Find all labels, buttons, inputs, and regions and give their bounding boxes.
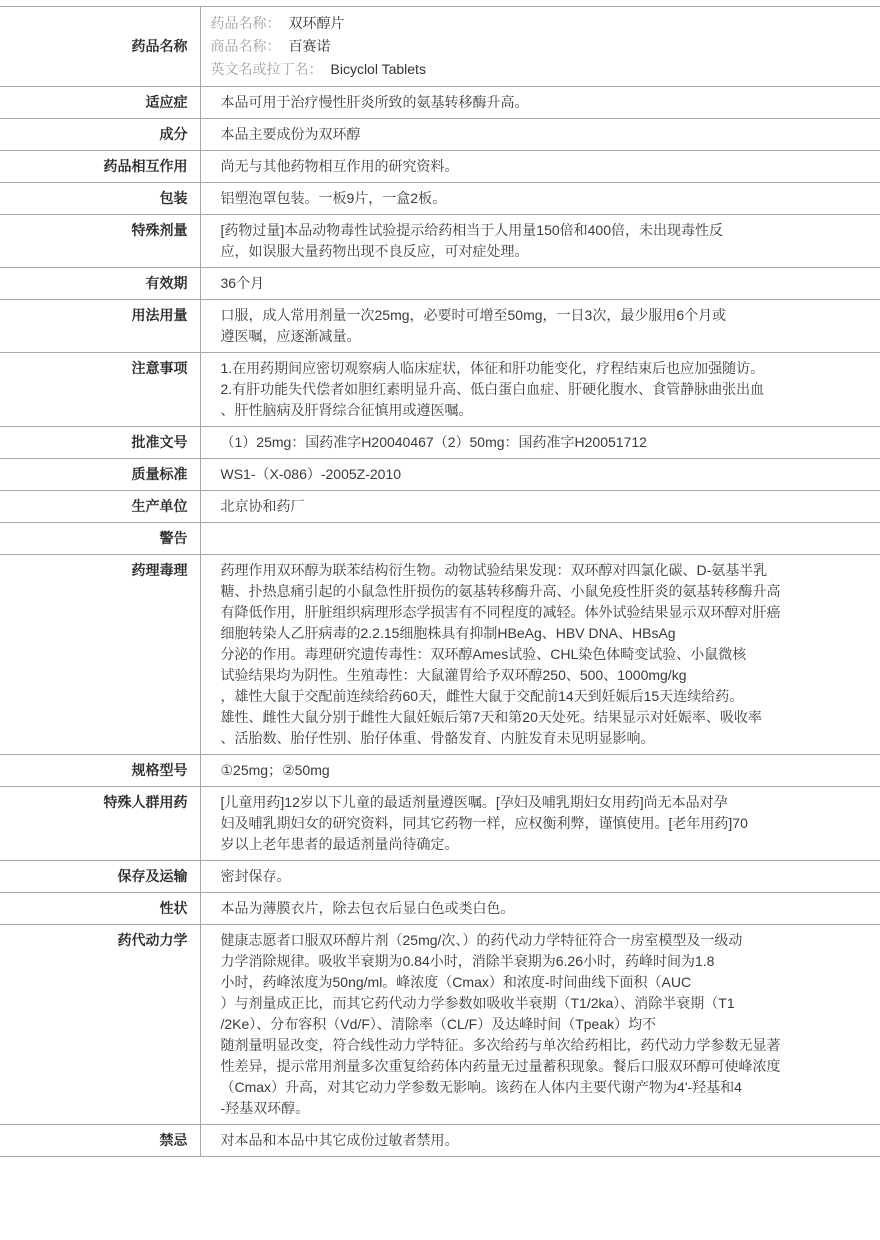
row-special-dose: 特殊剂量 [药物过量]本品动物毒性试验提示给药相当于人用量150倍和400倍，未… xyxy=(0,215,880,268)
row-label: 生产单位 xyxy=(0,491,200,523)
row-label: 药品名称 xyxy=(0,7,200,87)
drug-info-page: { "colors": { "background": "#ffffff", "… xyxy=(0,0,880,1240)
trade-name-field: 商品名称：百赛诺 xyxy=(211,35,865,58)
row-warning: 警告 xyxy=(0,523,880,555)
drug-info-table: 药品名称 药品名称：双环醇片 商品名称：百赛诺 英文名或拉丁名：Bicyclol… xyxy=(0,6,880,1157)
row-special-populations: 特殊人群用药 [儿童用药]12岁以下儿童的最适剂量遵医嘱。[孕妇及哺乳期妇女用药… xyxy=(0,787,880,861)
row-precautions: 注意事项 1.在用药期间应密切观察病人临床症状，体征和肝功能变化，疗程结束后也应… xyxy=(0,353,880,427)
row-content: [儿童用药]12岁以下儿童的最适剂量遵医嘱。[孕妇及哺乳期妇女用药]尚无本品对孕… xyxy=(200,787,880,861)
row-label: 特殊剂量 xyxy=(0,215,200,268)
row-content: WS1-（X-086）-2005Z-2010 xyxy=(200,459,880,491)
row-indications: 适应症 本品可用于治疗慢性肝炎所致的氨基转移酶升高。 xyxy=(0,87,880,119)
row-drug-name: 药品名称 药品名称：双环醇片 商品名称：百赛诺 英文名或拉丁名：Bicyclol… xyxy=(0,7,880,87)
row-label: 药品相互作用 xyxy=(0,151,200,183)
row-label: 性状 xyxy=(0,893,200,925)
row-specification: 规格型号 ①25mg；②50mg xyxy=(0,755,880,787)
row-content: 对本品和本品中其它成份过敏者禁用。 xyxy=(200,1125,880,1157)
row-label: 规格型号 xyxy=(0,755,200,787)
row-label: 批准文号 xyxy=(0,427,200,459)
row-content: 北京协和药厂 xyxy=(200,491,880,523)
row-pharmacology-toxicology: 药理毒理 药理作用双环醇为联苯结构衍生物。动物试验结果发现：双环醇对四氯化碳、D… xyxy=(0,555,880,755)
field-value: Bicyclol Tablets xyxy=(331,61,426,77)
row-contraindications: 禁忌 对本品和本品中其它成份过敏者禁用。 xyxy=(0,1125,880,1157)
field-key: 英文名或拉丁名： xyxy=(211,61,323,77)
row-content: 药品名称：双环醇片 商品名称：百赛诺 英文名或拉丁名：Bicyclol Tabl… xyxy=(200,7,880,87)
row-content: 36个月 xyxy=(200,268,880,300)
row-content: ①25mg；②50mg xyxy=(200,755,880,787)
row-label: 特殊人群用药 xyxy=(0,787,200,861)
row-shelf-life: 有效期 36个月 xyxy=(0,268,880,300)
row-packaging: 包装 铝塑泡罩包装。一板9片，一盒2板。 xyxy=(0,183,880,215)
field-value: 百赛诺 xyxy=(289,38,331,54)
row-description: 性状 本品为薄膜衣片，除去包衣后显白色或类白色。 xyxy=(0,893,880,925)
row-label: 保存及运输 xyxy=(0,861,200,893)
row-label: 注意事项 xyxy=(0,353,200,427)
drug-name-field: 药品名称：双环醇片 xyxy=(211,12,865,35)
row-label: 适应症 xyxy=(0,87,200,119)
row-content: 本品可用于治疗慢性肝炎所致的氨基转移酶升高。 xyxy=(200,87,880,119)
row-storage-transport: 保存及运输 密封保存。 xyxy=(0,861,880,893)
row-label: 警告 xyxy=(0,523,200,555)
row-content: （1）25mg：国药准字H20040467（2）50mg：国药准字H200517… xyxy=(200,427,880,459)
row-manufacturer: 生产单位 北京协和药厂 xyxy=(0,491,880,523)
row-content xyxy=(200,523,880,555)
row-label: 成分 xyxy=(0,119,200,151)
row-content: [药物过量]本品动物毒性试验提示给药相当于人用量150倍和400倍，未出现毒性反… xyxy=(200,215,880,268)
row-label: 包装 xyxy=(0,183,200,215)
row-drug-interactions: 药品相互作用 尚无与其他药物相互作用的研究资料。 xyxy=(0,151,880,183)
row-content: 本品主要成份为双环醇 xyxy=(200,119,880,151)
row-content: 密封保存。 xyxy=(200,861,880,893)
field-key: 药品名称： xyxy=(211,15,281,31)
row-label: 药代动力学 xyxy=(0,925,200,1125)
row-label: 有效期 xyxy=(0,268,200,300)
row-content: 1.在用药期间应密切观察病人临床症状，体征和肝功能变化，疗程结束后也应加强随访。… xyxy=(200,353,880,427)
row-approval-number: 批准文号 （1）25mg：国药准字H20040467（2）50mg：国药准字H2… xyxy=(0,427,880,459)
row-content: 本品为薄膜衣片，除去包衣后显白色或类白色。 xyxy=(200,893,880,925)
row-label: 药理毒理 xyxy=(0,555,200,755)
row-quality-standard: 质量标准 WS1-（X-086）-2005Z-2010 xyxy=(0,459,880,491)
row-content: 口服，成人常用剂量一次25mg，必要时可增至50mg，一日3次，最少服用6个月或… xyxy=(200,300,880,353)
row-pharmacokinetics: 药代动力学 健康志愿者口服双环醇片剂（25mg/次、）的药代动力学特征符合一房室… xyxy=(0,925,880,1125)
row-content: 铝塑泡罩包装。一板9片，一盒2板。 xyxy=(200,183,880,215)
english-name-field: 英文名或拉丁名：Bicyclol Tablets xyxy=(211,58,865,81)
row-ingredients: 成分 本品主要成份为双环醇 xyxy=(0,119,880,151)
field-key: 商品名称： xyxy=(211,38,281,54)
field-value: 双环醇片 xyxy=(289,15,345,31)
row-content: 健康志愿者口服双环醇片剂（25mg/次、）的药代动力学特征符合一房室模型及一级动… xyxy=(200,925,880,1125)
row-label: 用法用量 xyxy=(0,300,200,353)
row-content: 药理作用双环醇为联苯结构衍生物。动物试验结果发现：双环醇对四氯化碳、D-氨基半乳… xyxy=(200,555,880,755)
row-content: 尚无与其他药物相互作用的研究资料。 xyxy=(200,151,880,183)
row-label: 禁忌 xyxy=(0,1125,200,1157)
row-dosage-administration: 用法用量 口服，成人常用剂量一次25mg，必要时可增至50mg，一日3次，最少服… xyxy=(0,300,880,353)
row-label: 质量标准 xyxy=(0,459,200,491)
